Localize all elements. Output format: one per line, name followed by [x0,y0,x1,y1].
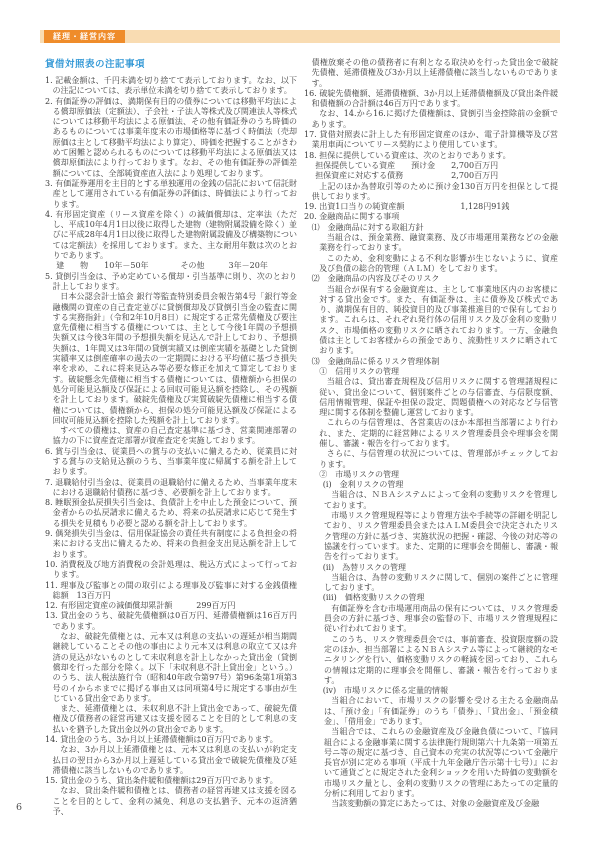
text-paragraph: さらに、与信管理の状況については、管理部がチェックしております。 [304,449,558,470]
text-paragraph: ① 信用リスクの管理 [304,367,558,377]
text-paragraph: ② 市場リスクの管理 [304,470,558,480]
text-paragraph: なお、破綻先債権とは、元本又は利息の支払いの遅延が相当期間継続していることその他… [45,632,297,704]
text-paragraph: 3. 有価証券運用を主目的とする単独運用の金銭の信託において信託財産として運用さ… [45,179,297,210]
text-paragraph: 当組合は、預金業務、融資業務、及び市場運用業務などの金融業務を行っております。 [304,233,558,254]
text-paragraph: 11. 理事及び監事との間の取引による理事及び監事に対する金銭債権総額 13百万… [45,581,297,602]
text-paragraph: 19. 出資1口当りの純資産額 1,128円91銭 [304,202,558,212]
text-paragraph: 当該変動額の算定にあたっては、対象の金融資産及び金融 [304,799,558,809]
text-paragraph: 13. 貸出金のうち、破綻先債権額は0百万円、延滞債権額は16百万円であります。 [45,611,297,632]
text-paragraph: 20. 金融商品に関する事項 [304,212,558,222]
text-paragraph: これらの与信管理は、各営業店のほか本部担当部署により行われ、また、定期的に経営陣… [304,418,558,449]
text-paragraph: 15. 貸出金のうち、貸出条件緩和債権額は29百万円であります。 [45,776,297,786]
text-paragraph: 市場リスク管理規程等により管理方法や手続等の詳細を明記しており、リスク管理委員会… [304,511,558,562]
text-paragraph: 債権放棄その他の債務者に有利となる取決めを行った貸出金で破綻先債権、延滞債権及び… [304,58,558,89]
text-paragraph: 当組合が保有する金融資産は、主として事業地区内のお客様に対する貸出金です。また、… [304,285,558,357]
text-paragraph: 4. 有形固定資産（リース資産を除く）の減価償却は、定率法（ただし、平成10年4… [45,210,297,261]
text-paragraph: 17. 貸借対照表に計上した有形固定資産のほか、電子計算機等及び営業用車両につい… [304,130,558,151]
text-paragraph: 8. 睡眠預金払戻損失引当金は、負債計上を中止した預金について、預金者からの払戻… [45,498,297,529]
text-paragraph: 2. 有価証券の評価は、満期保有目的の債券については移動平均法による償却原価法（… [45,97,297,179]
text-paragraph: このため、金利変動による不利な影響が生じないように、資産及び負債の総合的管理（Ａ… [304,254,558,275]
text-paragraph: 10. 消費税及び地方消費税の会計処理は、税込方式によって行っております。 [45,560,297,581]
text-paragraph: 当組合は、為替の変動リスクに関して、個別の案件ごとに管理しております。 [304,573,558,594]
text-paragraph: 14. 貸出金のうち、3か月以上延滞債権額は0百万円であります。 [45,735,297,745]
text-paragraph: 9. 偶発損失引当金は、信用保証協会の責任共有制度による負担金の将来における支出… [45,529,297,560]
text-paragraph: 上記のほか為替取引等のために預け金130百万円を担保として提供しております。 [304,182,558,203]
section-header-badge: 経理・経営内容 [44,30,125,43]
text-paragraph: ⑵ 金融商品の内容及びそのリスク [304,274,558,284]
page-title: 貸借対照表の注記事項 [45,56,145,70]
text-paragraph: 5. 貸倒引当金は、予め定めている償却・引当基準に則り、次のとおり計上しておりま… [45,272,297,293]
text-paragraph: 当組合は、ＮＢＡシステムによって金利の変動リスクを管理しております。 [304,490,558,511]
text-paragraph: ⑶ 金融商品に係るリスク管理体制 [304,357,558,367]
text-paragraph: 有価証券を含む市場運用商品の保有については、リスク管理委員会の方針に基づき、理事… [304,604,558,635]
text-paragraph: また、延滞債権とは、未収利息不計上貸出金であって、破綻先債権及び債務者の経営再建… [45,704,297,735]
text-paragraph: (ⅱ) 為替リスクの管理 [304,563,558,573]
text-paragraph: 建 物 10年－50年 その他 3年－20年 [45,261,297,271]
text-paragraph: ⑴ 金融商品に対する取組方針 [304,223,558,233]
right-column: 債権放棄その他の債務者に有利となる取決めを行った貸出金で破綻先債権、延滞債権及び… [304,58,558,810]
page-number: 6 [16,802,22,813]
text-paragraph: 担保資産に対応する債務 2,700百万円 [304,171,558,181]
text-paragraph: 12. 有形固定資産の減価償却累計額 299百万円 [45,601,297,611]
text-paragraph: 当組合において、市場リスクの影響を受ける主たる金融商品は、「預け金」「有価証券」… [304,696,558,727]
text-paragraph: 担保提供している資産 預け金 2,700百万円 [304,161,558,171]
text-paragraph: 7. 退職給付引当金は、従業員の退職給付に備えるため、当事業年度末における退職給… [45,478,297,499]
text-paragraph: (ⅲ) 価格変動リスクの管理 [304,593,558,603]
document-page: { "page": { "number": "6" }, "header": {… [0,0,595,842]
text-paragraph: すべての債権は、資産の自己査定基準に基づき、営業関連部署の協力の下に資産査定部署… [45,426,297,447]
text-paragraph: 当組合では、これらの金融資産及び金融負債について、『協同組合による金融事業に関す… [304,727,558,799]
text-paragraph: なお、14.から16.に掲げた債権額は、貸倒引当金控除前の金額であります。 [304,109,558,130]
text-paragraph: 当組合は、貸出審査規程及び信用リスクに関する管理諸規程に従い、貸出金について、個… [304,377,558,418]
text-paragraph: 6. 賞与引当金は、従業員への賞与の支払いに備えるため、従業員に対する賞与の支給… [45,447,297,478]
text-paragraph: (ⅰ) 金利リスクの管理 [304,480,558,490]
text-paragraph: 16. 破綻先債権額、延滞債権額、3か月以上延滞債権額及び貸出条件緩和債権額の合… [304,89,558,110]
text-paragraph: 18. 担保に提供している資産は、次のとおりであります。 [304,151,558,161]
left-column: 1. 記載金額は、千円未満を切り捨てて表示しております。なお、以下の注記について… [45,76,297,817]
text-paragraph: 1. 記載金額は、千円未満を切り捨てて表示しております。なお、以下の注記について… [45,76,297,97]
text-paragraph: なお、3か月以上延滞債権とは、元本又は利息の支払いが約定支払日の翌日から3か月以… [45,745,297,776]
text-paragraph: 日本公認会計士協会 銀行等監査特別委員会報告第4号「銀行等金融機関の資産の自己査… [45,292,297,426]
text-paragraph: このうち、リスク管理委員会では、事前審査、投資限度額の設定のほか、担当部署による… [304,635,558,686]
text-paragraph: なお、貸出条件緩和債権とは、債務者の経営再建又は支援を図ることを目的として、金利… [45,786,297,817]
text-paragraph: (ⅳ) 市場リスクに係る定量的情報 [304,686,558,696]
